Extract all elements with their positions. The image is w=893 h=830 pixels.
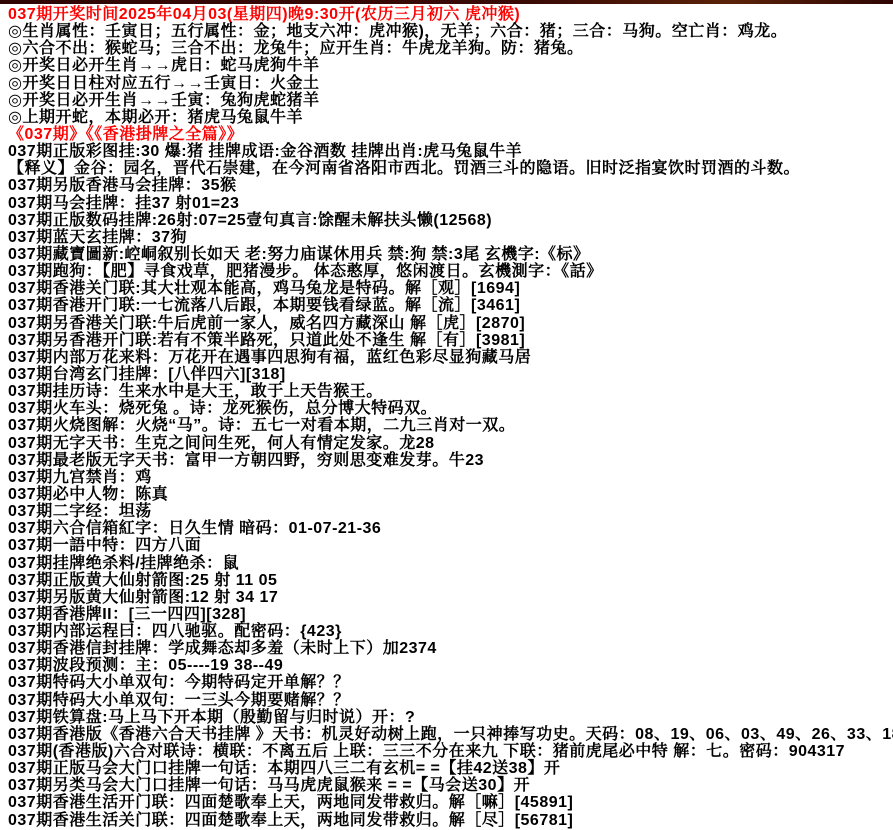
highlight-line: 《037期》《《香港掛牌之全篇》》 xyxy=(8,126,893,143)
text-line: 037期火车头：烧死兔 。诗：龙死猴伤，总分博大特码双。 xyxy=(8,400,893,417)
text-line: 037期火烧图解：火烧“马”。诗：五七一对看本期，二九三肖对一双。 xyxy=(8,417,893,434)
text-line: ◎开奖日日柱对应五行→→壬寅日：火金土 xyxy=(8,75,893,92)
text-line: 037期二字经：坦荡 xyxy=(8,503,893,520)
text-line: 037期香港版《香港六合天书挂牌 》天书：机灵好动树上跑，一只神捧写功史。天码：… xyxy=(8,726,893,743)
text-line: 037期香港生活关门联：四面楚歌奉上天，两地同发带救归。解［尽］[56781] xyxy=(8,812,893,829)
text-line: 037期香港关门联:其大壮观本能高，鸡马兔龙是特码。解［观］[1694] xyxy=(8,280,893,297)
text-line: 037期内部运程曰：四八驰驱。配密码：{423} xyxy=(8,623,893,640)
text-line: 037期马会挂牌：挂37 射01=23 xyxy=(8,195,893,212)
highlight-line: 037期开奖时间2025年04月03(星期四)晚9:30开(农历三月初六 虎冲猴… xyxy=(8,6,893,23)
text-line: 037期铁算盘:马上马下开本期（殷勤留与归时说）开：? xyxy=(8,709,893,726)
text-line: 037期挂牌绝杀料/挂牌绝杀：鼠 xyxy=(8,555,893,572)
text-line: 037期内部万花来料：万花开在遇事四思狗有福，蓝红色彩尽显狗藏马居 xyxy=(8,349,893,366)
lottery-info-page: 037期开奖时间2025年04月03(星期四)晚9:30开(农历三月初六 虎冲猴… xyxy=(0,0,893,830)
text-line: ◎开奖日必开生肖→→虎日：蛇马虎狗牛羊 xyxy=(8,57,893,74)
text-line: 037期正版马会大门口挂牌一句话：本期四八三二有玄机= =【挂42送38】开 xyxy=(8,760,893,777)
text-line: 037期六合信箱紅字：日久生情 暗码：01-07-21-36 xyxy=(8,520,893,537)
text-line: 037期台湾玄门挂牌：[八伴四六][318] xyxy=(8,366,893,383)
text-line: ◎上期开蛇，本期必开：猪虎马兔鼠牛羊 xyxy=(8,109,893,126)
text-line: 037期一語中特：四方八面 xyxy=(8,537,893,554)
text-line: 037期跑狗：【肥】寻食戏草，肥猪漫步。 体态憨厚，悠闲渡日。玄機測字：《話》 xyxy=(8,263,893,280)
text-line: 037期特码大小单双句：今期特码定开单解？？ xyxy=(8,674,893,691)
text-line: ◎开奖日必开生肖→→壬寅：兔狗虎蛇猪羊 xyxy=(8,92,893,109)
text-line: 037期正版数码挂牌:26射:07=25壹句真言:馀醒未解扶头懒(12568) xyxy=(8,212,893,229)
text-line: ◎生肖属性：壬寅日；五行属性：金；地支六冲：虎冲猴)，无羊；六合：猪；三合：马狗… xyxy=(8,23,893,40)
text-line: 037期最老版无字天书：富甲一方朝四野，穷则思变难发芽。牛23 xyxy=(8,452,893,469)
text-line: 【释义】金谷：园名，晋代石崇建，在今河南省洛阳市西北。罚酒三斗的隐语。旧时泛指宴… xyxy=(8,160,893,177)
text-line: 037期蓝天玄挂牌：37狗 xyxy=(8,229,893,246)
text-line: 037期香港生活开门联：四面楚歌奉上天，两地同发带救归。解［嘛］[45891] xyxy=(8,794,893,811)
text-line: 037期香港牌II：[三一四四][328] xyxy=(8,606,893,623)
text-line: 037期正版黄大仙射箭图:25 射 11 05 xyxy=(8,572,893,589)
text-line: 037期另版黄大仙射箭图:12 射 34 17 xyxy=(8,589,893,606)
content-lines: 037期开奖时间2025年04月03(星期四)晚9:30开(农历三月初六 虎冲猴… xyxy=(0,4,893,829)
text-line: 037期另香港开门联:若有不策半路死，只道此处不逢生 解［有］[3981] xyxy=(8,332,893,349)
text-line: 037期九宫禁肖：鸡 xyxy=(8,469,893,486)
text-line: 037期另类马会大门口挂牌一句话：马马虎虎鼠猴来 = =【马会送30】开 xyxy=(8,777,893,794)
text-line: 037期无字天书：生克之间问生死，何人有情定发家。龙28 xyxy=(8,435,893,452)
text-line: 037期正版彩图挂:30 爆:猪 挂牌成语:金谷酒数 挂牌出肖:虎马兔鼠牛羊 xyxy=(8,143,893,160)
text-line: 037期香港信封挂牌：学成舞态却多羞（未时上下）加2374 xyxy=(8,640,893,657)
text-line: ◎六合不出：猴蛇马；三合不出：龙兔牛；应开生肖：牛虎龙羊狗。防：猪兔。 xyxy=(8,40,893,57)
text-line: 037期(香港版)六合对联诗：横联：不离五后 上联：三三不分在来九 下联：猪前虎… xyxy=(8,743,893,760)
text-line: 037期另香港关门联:牛后虎前一家人，威名四方藏深山 解［虎］[2870] xyxy=(8,315,893,332)
text-line: 037期另版香港马会挂牌：35猴 xyxy=(8,177,893,194)
text-line: 037期香港开门联:一七流落八后跟，本期要钱看绿蓝。解［流］[3461] xyxy=(8,297,893,314)
text-line: 037期挂历诗：生来水中是大王，敢于上天告猴王。 xyxy=(8,383,893,400)
text-line: 037期特码大小单双句：一三头今期要赌解？？ xyxy=(8,692,893,709)
text-line: 037期必中人物：陈真 xyxy=(8,486,893,503)
text-line: 037期藏寶圖新:崆峒叙别长如天 老:努力庙谋休用兵 禁:狗 禁:3尾 玄機字:… xyxy=(8,246,893,263)
text-line: 037期波段预测：主：05----19 38--49 xyxy=(8,657,893,674)
